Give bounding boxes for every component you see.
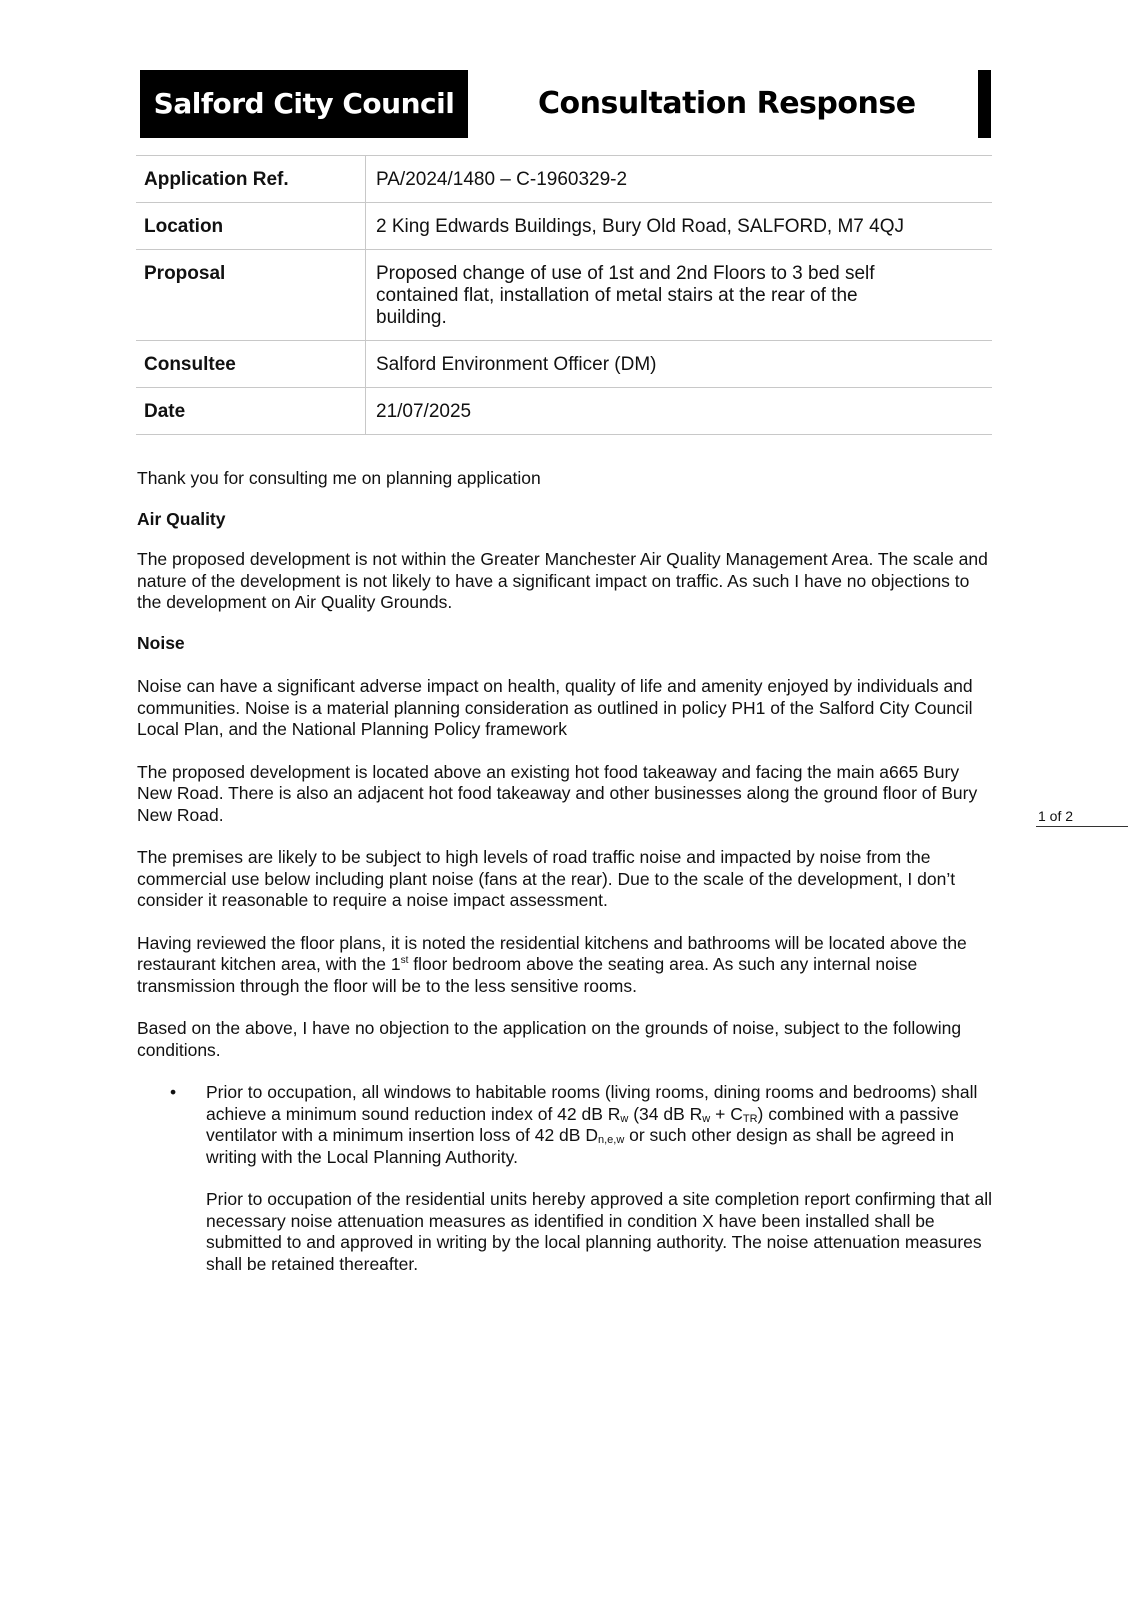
header-accent-bar xyxy=(978,70,991,138)
noise-paragraph-5: Based on the above, I have no objection … xyxy=(137,1018,997,1061)
conditions-list: • Prior to occupation, all windows to ha… xyxy=(137,1082,997,1275)
row-label: Proposal xyxy=(136,250,366,341)
condition-1-text-c: + C xyxy=(710,1104,743,1124)
document-title: Consultation Response xyxy=(538,70,916,138)
table-row-application-ref: Application Ref. PA/2024/1480 – C-196032… xyxy=(136,156,992,203)
subscript: w xyxy=(620,1113,628,1125)
condition-item: • Prior to occupation, all windows to ha… xyxy=(137,1082,997,1168)
table-row-date: Date 21/07/2025 xyxy=(136,388,992,435)
row-label: Date xyxy=(136,388,366,435)
subscript: n,e,w xyxy=(598,1134,624,1146)
location-value: 2 King Edwards Buildings, Bury Old Road,… xyxy=(366,203,993,250)
air-quality-heading: Air Quality xyxy=(137,509,997,531)
condition-item: Prior to occupation of the residential u… xyxy=(137,1189,997,1275)
application-ref-value: PA/2024/1480 – C-1960329-2 xyxy=(366,156,993,203)
table-row-location: Location 2 King Edwards Buildings, Bury … xyxy=(136,203,992,250)
date-value: 21/07/2025 xyxy=(366,388,993,435)
page-indicator: 1 of 2 xyxy=(1036,808,1128,827)
row-label: Consultee xyxy=(136,341,366,388)
proposal-value: Proposed change of use of 1st and 2nd Fl… xyxy=(366,250,993,341)
row-label: Location xyxy=(136,203,366,250)
subscript: TR xyxy=(743,1113,758,1125)
noise-paragraph-2: The proposed development is located abov… xyxy=(137,762,997,827)
noise-paragraph-3: The premises are likely to be subject to… xyxy=(137,847,997,912)
application-details-table: Application Ref. PA/2024/1480 – C-196032… xyxy=(136,155,992,435)
noise-paragraph-4: Having reviewed the floor plans, it is n… xyxy=(137,933,997,998)
air-quality-paragraph: The proposed development is not within t… xyxy=(137,549,997,614)
noise-heading: Noise xyxy=(137,633,997,655)
council-logo: Salford City Council xyxy=(140,70,468,138)
document-header: Salford City Council Consultation Respon… xyxy=(140,70,992,138)
response-body: Thank you for consulting me on planning … xyxy=(137,468,997,1296)
intro-text: Thank you for consulting me on planning … xyxy=(137,468,997,490)
table-row-consultee: Consultee Salford Environment Officer (D… xyxy=(136,341,992,388)
table-row-proposal: Proposal Proposed change of use of 1st a… xyxy=(136,250,992,341)
subscript: w xyxy=(702,1113,710,1125)
consultee-value: Salford Environment Officer (DM) xyxy=(366,341,993,388)
noise-paragraph-1: Noise can have a significant adverse imp… xyxy=(137,676,997,741)
condition-1-text-b: (34 dB R xyxy=(628,1104,702,1124)
condition-2-text: Prior to occupation of the residential u… xyxy=(206,1189,992,1274)
bullet-icon: • xyxy=(170,1082,176,1104)
row-label: Application Ref. xyxy=(136,156,366,203)
